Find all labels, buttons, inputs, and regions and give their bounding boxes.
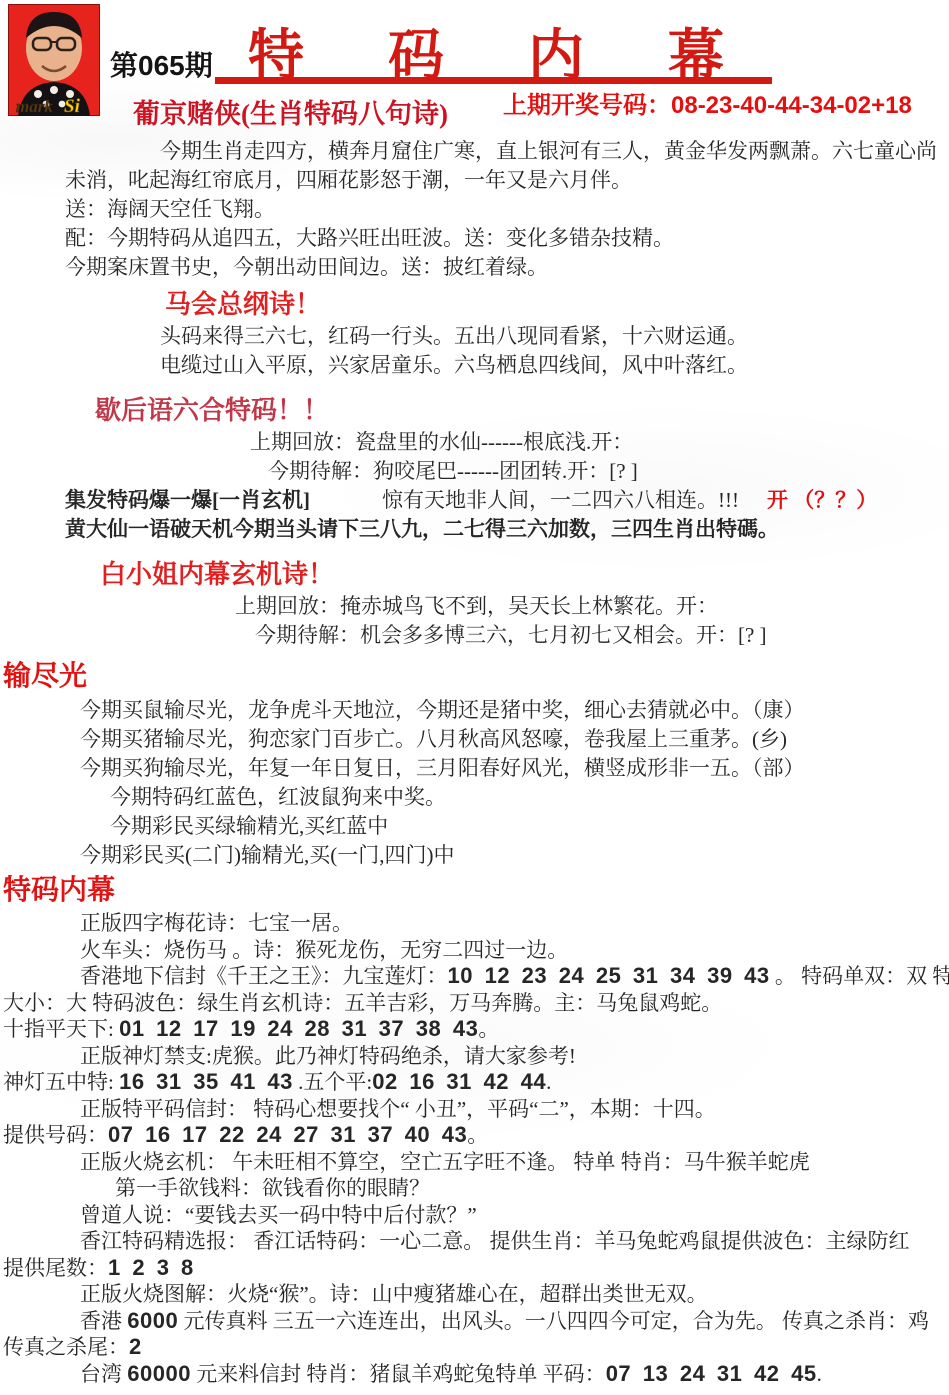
- poem-line: 今期生肖走四方，横奔月窟住广寒，直上银河有三人，黄金华发两飘萧。六七童心尚: [160, 137, 949, 166]
- tm-numbers: 01 12 17 19 24 28 31 37 38 43: [119, 1016, 478, 1041]
- tm-text: 台湾: [80, 1362, 127, 1386]
- xiehouyu-current-line: 今期待解：狗咬尾巴------团团转.开：[? ]: [268, 457, 949, 486]
- section-baixiaojie: 白小姐内幕玄机诗！ 上期回放：掩赤城鸟飞不到，吴天长上林繁花。开： 今期待解：机…: [0, 558, 949, 650]
- tm-text: 元来料信封 特肖：猪鼠羊鸡蛇兔特单 平码：: [191, 1362, 606, 1386]
- tm-text: .: [546, 1070, 551, 1094]
- tm-text: 提供号码：: [3, 1123, 108, 1147]
- tm-line: 正版特平码信封： 特码心想要找个“ 小丑”，平码“二”，本期：十四。: [80, 1096, 949, 1123]
- leaflet-page: mark Si 第065期 特 码 内 幕 葡京赌侠(生肖特码八句诗) 上期开奖…: [0, 0, 949, 1395]
- tm-text: 神灯五中特:: [3, 1070, 119, 1094]
- section-shujinguang: 输尽光 今期买鼠输尽光，龙争虎斗天地泣，今期还是猪中奖，细心去猜就必中。（康） …: [0, 658, 949, 870]
- poem-line: 未消，叱起海红帘底月，四厢花影怒于潮，一年又是六月伴。: [65, 166, 949, 195]
- section-heading: 白小姐内幕玄机诗！: [100, 558, 949, 592]
- tm-text: .五个平:: [293, 1070, 372, 1094]
- tm-numbers: 1 2 3 8: [108, 1255, 194, 1280]
- mahui-line: 电缆过山入平原，兴家居童乐。六鸟栖息四线间，风中叶落红。: [160, 351, 949, 380]
- shu-line: 今期彩民买(二门)输精光,买(一门,四门)中: [80, 841, 949, 870]
- tm-text: 提供尾数：: [3, 1256, 108, 1280]
- poem-line: 今期案床置书史，今朝出动田间边。送：披红着绿。: [65, 253, 949, 282]
- tm-text: .: [817, 1362, 822, 1386]
- logo-text-si: Si: [64, 96, 81, 116]
- xiehouyu-last-line: 上期回放：瓷盘里的水仙------根底浅.开：: [250, 428, 949, 457]
- last-draw-numbers: 上期开奖号码：08-23-40-44-34-02+18: [503, 85, 912, 120]
- marksix-logo: mark Si: [8, 4, 100, 116]
- tm-line: 香港 6000 元传真料 三五一六连连出，出风头。一八四四今可定，合为先。 传真…: [80, 1308, 949, 1335]
- tm-line: 台湾 60000 元来料信封 特肖：猪鼠羊鸡蛇兔特单 平码：07 13 24 3…: [80, 1361, 949, 1388]
- poem-line: 送：海阔天空任飞翔。: [65, 195, 949, 224]
- section-heading: 歇后语六合特码！！: [95, 394, 949, 428]
- tm-numbers: 10 12 23 24 25 31 34 39 43: [448, 963, 770, 988]
- tm-line: 神灯五中特: 16 31 35 41 43 .五个平:02 16 31 42 4…: [3, 1069, 949, 1096]
- title-underline: [215, 77, 772, 84]
- section-temaneimu: 特码内幕 正版四字梅花诗：七宝一居。 火车头：烧伤马 。诗：猴死龙伤，无穷二四过…: [0, 872, 949, 1387]
- tip-verse: 惊有天地非人间，一二四六八相连。!!!: [382, 488, 739, 512]
- shu-line: 今期彩民买绿输精光,买红蓝中: [110, 812, 949, 841]
- tm-text: 元传真料 三五一六连连出，出风头。一八四四今可定，合为先。 传真之杀肖：鸡: [178, 1309, 929, 1333]
- tm-line: 提供尾数：1 2 3 8: [3, 1255, 949, 1282]
- tm-text: 香港: [80, 1309, 127, 1333]
- tm-numbers: 16 31 35 41 43: [119, 1069, 293, 1094]
- tm-line: 提供号码：07 16 17 22 24 27 31 37 40 43。: [3, 1122, 949, 1149]
- subtitle-poem-label: 葡京赌侠(生肖特码八句诗): [133, 92, 448, 131]
- section-heading: 特码内幕: [3, 872, 949, 910]
- tm-line: 香江特码精选报： 香江话特码：一心二意。 提供生肖：羊马兔蛇鸡鼠提供波色：主绿防…: [80, 1228, 949, 1255]
- shu-line: 今期买猪输尽光，狗恋家门百步亡。八月秋高风怒嚎，卷我屋上三重茅。(乡): [80, 725, 949, 754]
- issue-number: 第065期: [110, 44, 213, 84]
- poem-line: 配：今期特码从追四五，大路兴旺出旺波。送：变化多错杂技精。: [65, 224, 949, 253]
- tm-numbers: 6000: [127, 1308, 178, 1333]
- tm-numbers: 07 16 17 22 24 27 31 37 40 43: [108, 1122, 467, 1147]
- shu-line: 今期买鼠输尽光，龙争虎斗天地泣，今期还是猪中奖，细心去猜就必中。（康）: [80, 696, 949, 725]
- tm-text: 。: [478, 1017, 499, 1041]
- tm-line: 第一手欲钱料：欲钱看你的眼睛？: [115, 1175, 949, 1202]
- tm-line: 正版神灯禁支:虎猴。此乃神灯特码绝杀，请大家参考!: [80, 1043, 949, 1070]
- tm-line: 正版四字梅花诗：七宝一居。: [80, 910, 949, 937]
- tm-line: 正版火烧图解：火烧“猴”。诗：山中瘦猪雄心在，超群出类世无双。: [80, 1281, 949, 1308]
- tm-line: 传真之杀尾：2: [3, 1334, 949, 1361]
- xiehouyu-tip-line: 集发特码爆一爆[一肖玄机]惊有天地非人间，一二四六八相连。!!!开 （？？）: [65, 486, 949, 515]
- section-xiehouyu: 歇后语六合特码！！ 上期回放：瓷盘里的水仙------根底浅.开： 今期待解：狗…: [0, 394, 949, 544]
- header: mark Si 第065期 特 码 内 幕 葡京赌侠(生肖特码八句诗) 上期开奖…: [0, 0, 949, 135]
- tm-text: 香港地下信封《千王之王》：九宝莲灯：: [80, 964, 448, 988]
- tm-numbers: 2: [129, 1334, 142, 1359]
- tm-text: 传真之杀尾：: [3, 1335, 129, 1359]
- tm-text: 十指平天下:: [3, 1017, 119, 1041]
- tm-numbers: 02 16 31 42 44: [372, 1069, 546, 1094]
- baixiaojie-current-line: 今期待解：机会多多博三六，七月初七又相会。开：[? ]: [255, 621, 949, 650]
- section-heading: 马会总纲诗！: [165, 288, 949, 322]
- section-mahui: 马会总纲诗！ 头码来得三六七，红码一行头。五出八现同看紧，十六财运通。 电缆过山…: [0, 288, 949, 380]
- tm-line: 火车头：烧伤马 。诗：猴死龙伤，无穷二四过一边。: [80, 937, 949, 964]
- tm-line: 正版火烧玄机： 午未旺相不算空，空亡五字旺不逢。 特单 特肖：马牛猴羊蛇虎: [80, 1149, 949, 1176]
- shu-line: 今期特码红蓝色，红波鼠狗来中奖。: [110, 783, 949, 812]
- tm-line: 曾道人说：“要钱去买一码中特中后付款？”: [80, 1202, 949, 1229]
- shu-line: 今期买狗输尽光，年复一年日复日，三月阳春好风光，横竖成形非一五。（部）: [80, 754, 949, 783]
- main-content: 今期生肖走四方，横奔月窟住广寒，直上银河有三人，黄金华发两飘萧。六七童心尚 未消…: [0, 135, 949, 1387]
- tm-line: 十指平天下: 01 12 17 19 24 28 31 37 38 43。: [3, 1016, 949, 1043]
- tm-line: 大小：大 特码波色：绿生肖玄机诗：五羊吉彩，万马奔腾。主：马兔鼠鸡蛇。: [3, 990, 949, 1017]
- tm-numbers: 60000: [127, 1361, 191, 1386]
- tm-numbers: 07 13 24 31 42 45: [606, 1361, 817, 1386]
- tm-text: 。: [467, 1123, 488, 1147]
- tip-open-result: 开 （？？）: [767, 488, 877, 512]
- logo-text-mark: mark: [16, 97, 53, 116]
- section-heading: 输尽光: [3, 658, 949, 696]
- huangdaxian-line: 黄大仙一语破天机今期当头请下三八九，二七得三六加数，三四生肖出特碼。: [65, 515, 949, 544]
- mahui-line: 头码来得三六七，红码一行头。五出八现同看紧，十六财运通。: [160, 322, 949, 351]
- tm-text: 。 特码单双：双 特码: [770, 964, 949, 988]
- section-poem: 今期生肖走四方，横奔月窟住广寒，直上银河有三人，黄金华发两飘萧。六七童心尚 未消…: [0, 137, 949, 282]
- tm-line: 香港地下信封《千王之王》：九宝莲灯：10 12 23 24 25 31 34 3…: [80, 963, 949, 990]
- tip-bold-label: 集发特码爆一爆[一肖玄机]: [65, 488, 310, 512]
- baixiaojie-last-line: 上期回放：掩赤城鸟飞不到，吴天长上林繁花。开：: [235, 592, 949, 621]
